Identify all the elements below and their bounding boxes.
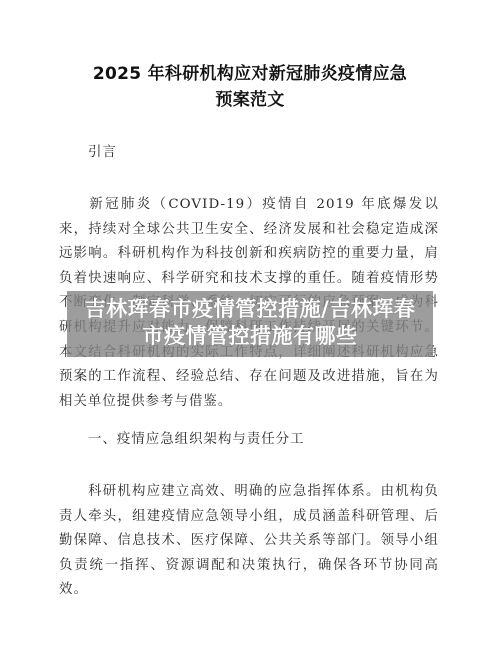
section-1-heading: 一、疫情应急组织架构与责任分工 — [88, 430, 305, 450]
document-title-line-1: 2025 年科研机构应对新冠肺炎疫情应急 — [0, 64, 500, 84]
overlay-title-banner: 吉林珲春市疫情管控措施/吉林珲春 市疫情管控措施有哪些 — [67, 291, 433, 357]
intro-heading: 引言 — [88, 143, 117, 163]
banner-title-line-1: 吉林珲春市疫情管控措施/吉林珲春 — [67, 296, 433, 322]
document-page: 2025 年科研机构应对新冠肺炎疫情应急 预案范文 引言 新冠肺炎（COVID-… — [0, 0, 500, 647]
banner-title-line-2: 市疫情管控措施有哪些 — [67, 323, 433, 349]
section-1-paragraph: 科研机构应建立高效、明确的应急指挥体系。由机构负责人牵头，组建疫情应急领导小组，… — [59, 480, 439, 603]
document-title-line-2: 预案范文 — [0, 90, 500, 110]
section-1-paragraph-text: 科研机构应建立高效、明确的应急指挥体系。由机构负责人牵头，组建疫情应急领导小组，… — [59, 484, 439, 597]
